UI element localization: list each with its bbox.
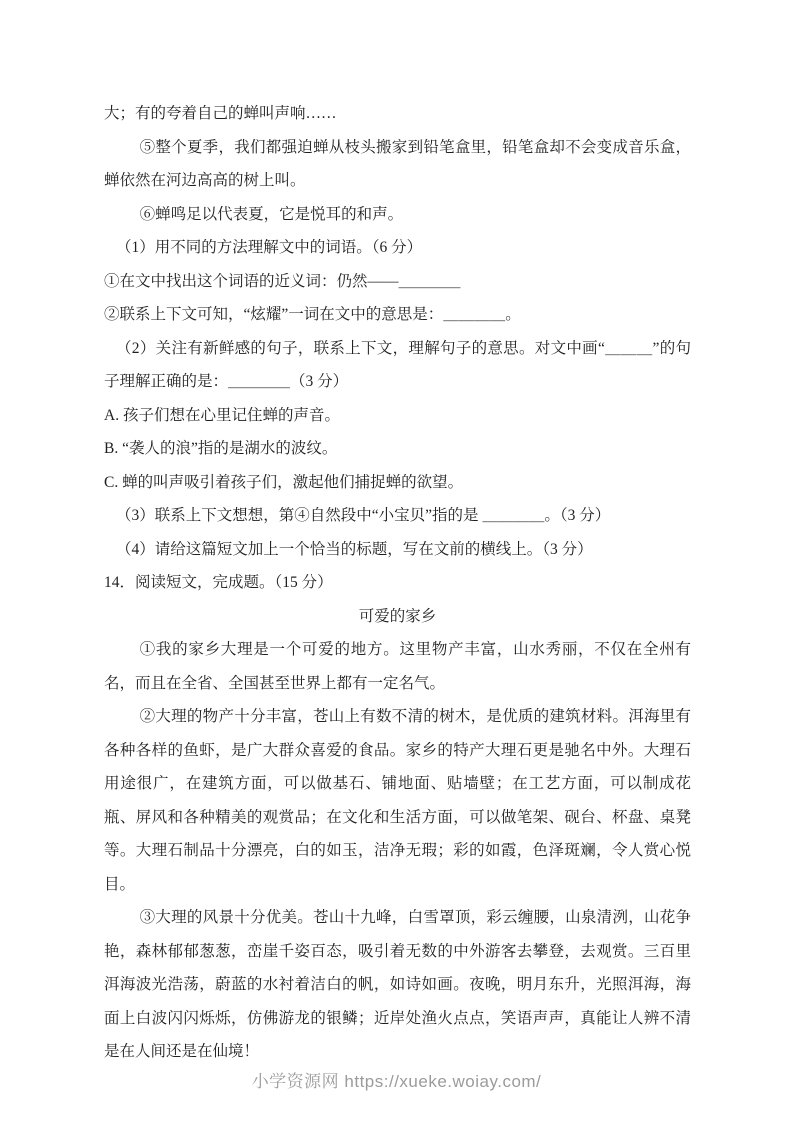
question13-4-stem: （4）请给这篇短文加上一个恰当的标题，写在文前的横线上。（3 分） [104,533,691,567]
passage14-paragraph-2: ②大理的物产十分丰富，苍山上有数不清的树木，是优质的建筑材料。洱海里有各种各样的… [104,700,691,901]
footer-watermark-text: 小学资源网 https://xueke.woiay.com/ [252,1072,542,1091]
question13-3-stem-with-blank: （3）联系上下文想想，第④自然段中“小宝贝”指的是 ＿＿＿＿。（3 分） [104,499,691,533]
passage13-paragraph-6: ⑥蝉鸣足以代表夏，它是悦耳的和声。 [104,198,691,232]
passage13-paragraph-5: ⑤整个夏季，我们都强迫蝉从枝头搬家到铅笔盒里，铅笔盒却不会变成音乐盒，蝉依然在河… [104,131,691,198]
question13-2-option-b: B. “袭人的浪”指的是湖水的波纹。 [104,432,691,466]
question13-1-sub1-with-blank: ①在文中找出这个词语的近义词：仍然——＿＿＿＿ [104,265,691,299]
question14-stem: 14．阅读短文，完成题。（15 分） [104,566,691,600]
question13-2-option-a: A. 孩子们想在心里记住蝉的声音。 [104,399,691,433]
passage13-continuation-line: 大；有的夸着自己的蝉叫声响…… [104,97,691,131]
question13-1-sub2-with-blank: ②联系上下文可知，“炫耀”一词在文中的意思是：＿＿＿＿。 [104,298,691,332]
passage14-title: 可爱的家乡 [104,600,691,634]
passage14-paragraph-1: ①我的家乡大理是一个可爱的地方。这里物产丰富，山水秀丽，不仅在全州有名，而且在全… [104,633,691,700]
exam-page-content: 大；有的夸着自己的蝉叫声响…… ⑤整个夏季，我们都强迫蝉从枝头搬家到铅笔盒里，铅… [104,97,691,1069]
passage14-paragraph-3: ③大理的风景十分优美。苍山十九峰，白雪罩顶，彩云缠腰，山泉清洌，山花争艳，森林郁… [104,901,691,1069]
site-footer: 小学资源网 https://xueke.woiay.com/ [0,1070,793,1094]
question13-2-stem-with-blanks: （2）关注有新鲜感的句子，联系上下文，理解句子的意思。对文中画“＿＿＿”的句子理… [104,332,691,399]
question13-1-stem: （1）用不同的方法理解文中的词语。（6 分） [104,231,691,265]
question13-2-option-c: C. 蝉的叫声吸引着孩子们，激起他们捕捉蝉的欲望。 [104,466,691,500]
